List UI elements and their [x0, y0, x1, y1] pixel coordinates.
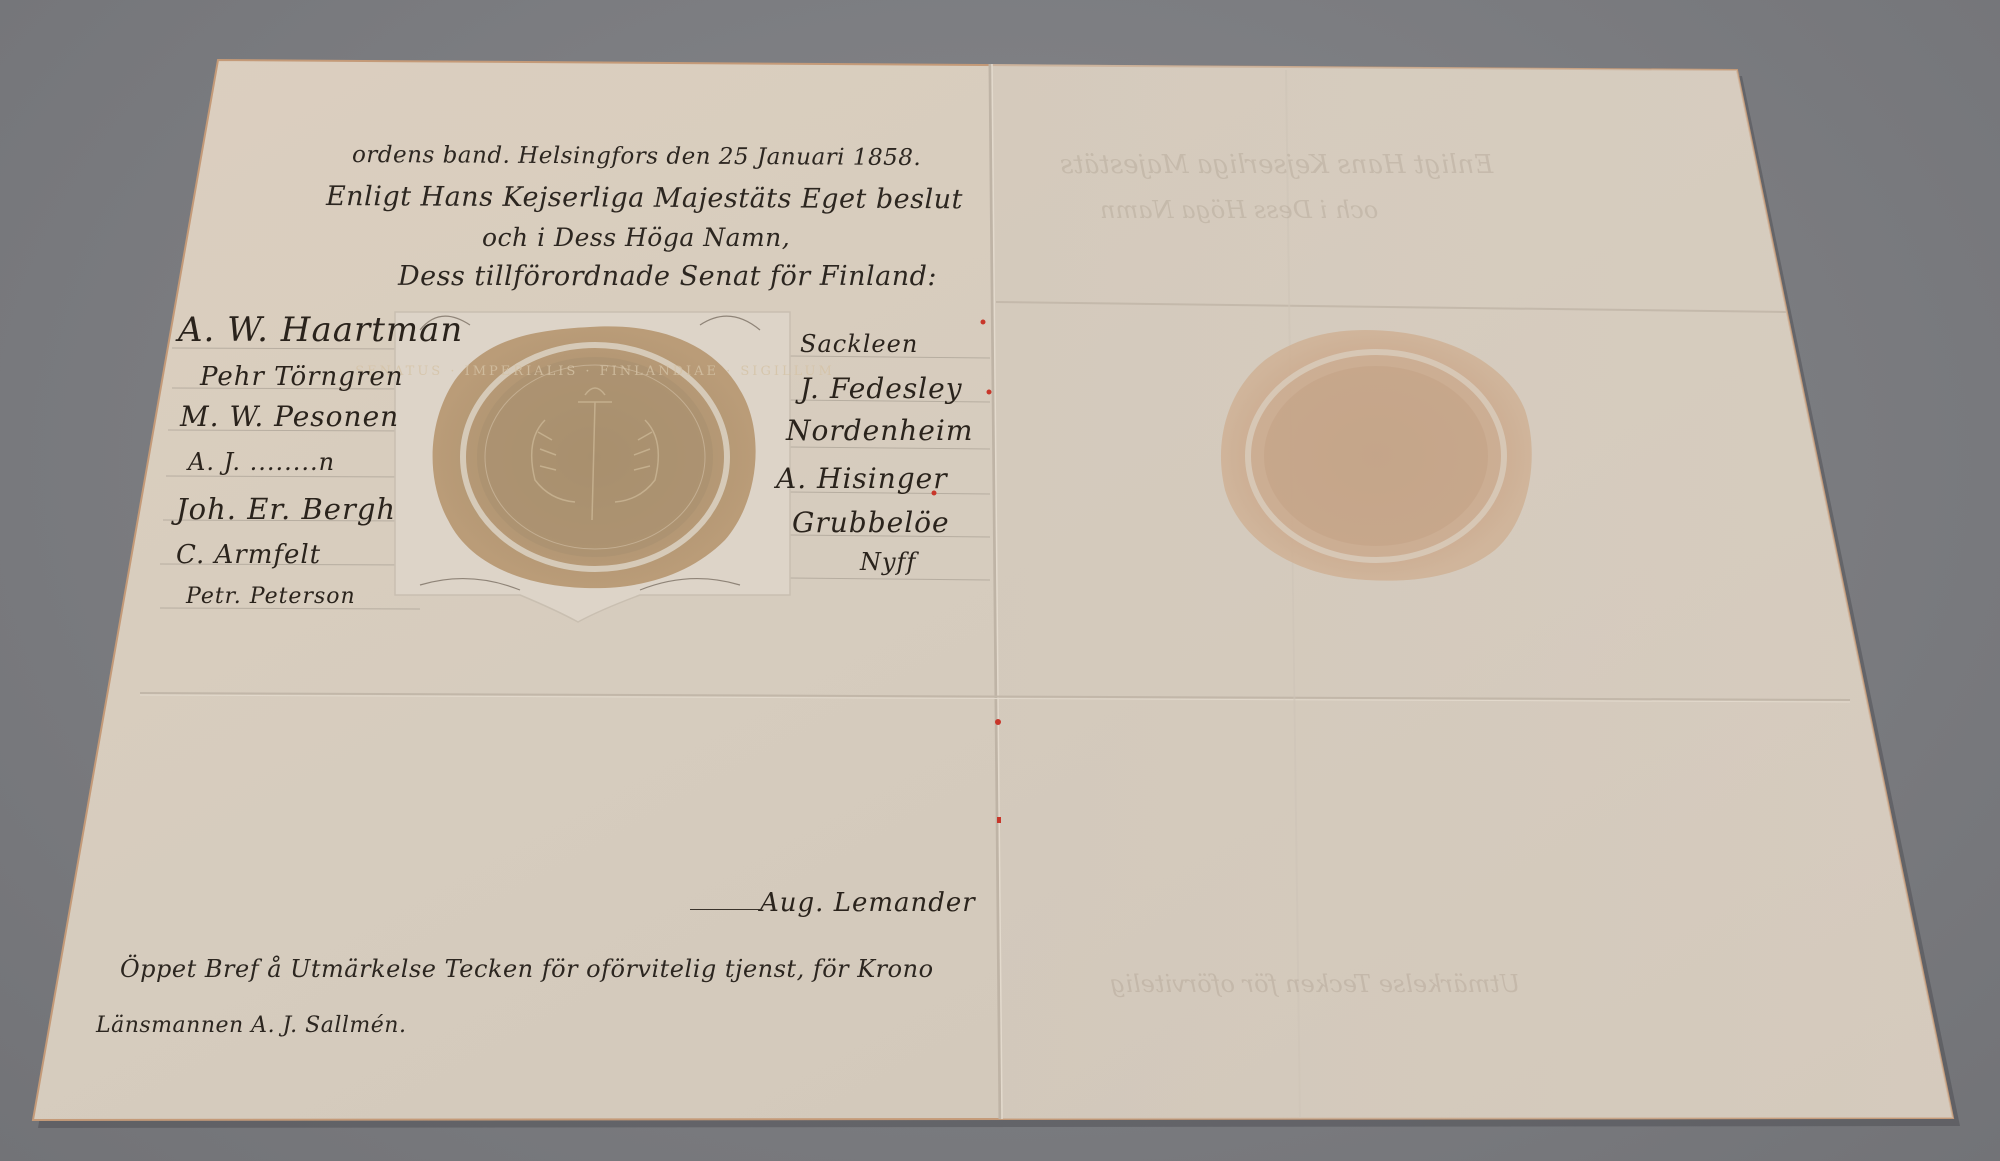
footer-line-2: Länsmannen A. J. Sallmén. — [96, 1013, 406, 1038]
photo-stage: SENATUS · IMPERIALIS · FINLANDIAE · SIGI… — [0, 0, 2000, 1161]
show-through-text-2: och i Dess Höga Namn — [1100, 196, 1378, 224]
signature-right-3: Nordenheim — [786, 414, 973, 447]
paper-sheet: SENATUS · IMPERIALIS · FINLANDIAE · SIGI… — [0, 0, 2000, 1161]
show-through-text-1: Enligt Hans Kejserliga Majestäts — [1060, 150, 1493, 180]
signature-left-5: Joh. Er. Bergh — [176, 492, 396, 526]
show-through-text-3: Utmärkelse Tecken för oförvitelig — [1110, 970, 1520, 998]
header-line-name: och i Dess Höga Namn, — [482, 223, 790, 252]
header-line-resolution: Enligt Hans Kejserliga Majestäts Eget be… — [326, 181, 963, 215]
seal-stain-right — [1221, 330, 1532, 581]
signature-left-4: A. J. ........n — [188, 448, 335, 476]
countersignature: Aug. Lemander — [760, 888, 976, 918]
signature-right-5: Grubbelöe — [792, 506, 950, 539]
signature-right-2: J. Fedesley — [800, 372, 963, 405]
header-line-date: ordens band. Helsingfors den 25 Januari … — [352, 142, 921, 171]
signature-left-3: M. W. Pesonen — [180, 400, 399, 433]
footer-line-1: Öppet Bref å Utmärkelse Tecken för oförv… — [120, 955, 934, 983]
header-line-senate: Dess tillförordnade Senat för Finland: — [398, 261, 937, 292]
signature-right-4: A. Hisinger — [776, 462, 948, 495]
signature-left-7: Petr. Peterson — [186, 584, 356, 609]
signature-left-6: C. Armfelt — [176, 540, 321, 570]
signature-right-6: Nyff — [860, 548, 916, 576]
signature-left-1: A. W. Haartman — [178, 310, 463, 350]
countersign-rule — [690, 909, 760, 910]
signature-left-2: Pehr Törngren — [200, 362, 404, 392]
signature-right-1: Sackleen — [800, 330, 918, 358]
seal-legend: SENATUS · IMPERIALIS · FINLANDIAE · SIGI… — [355, 364, 835, 379]
